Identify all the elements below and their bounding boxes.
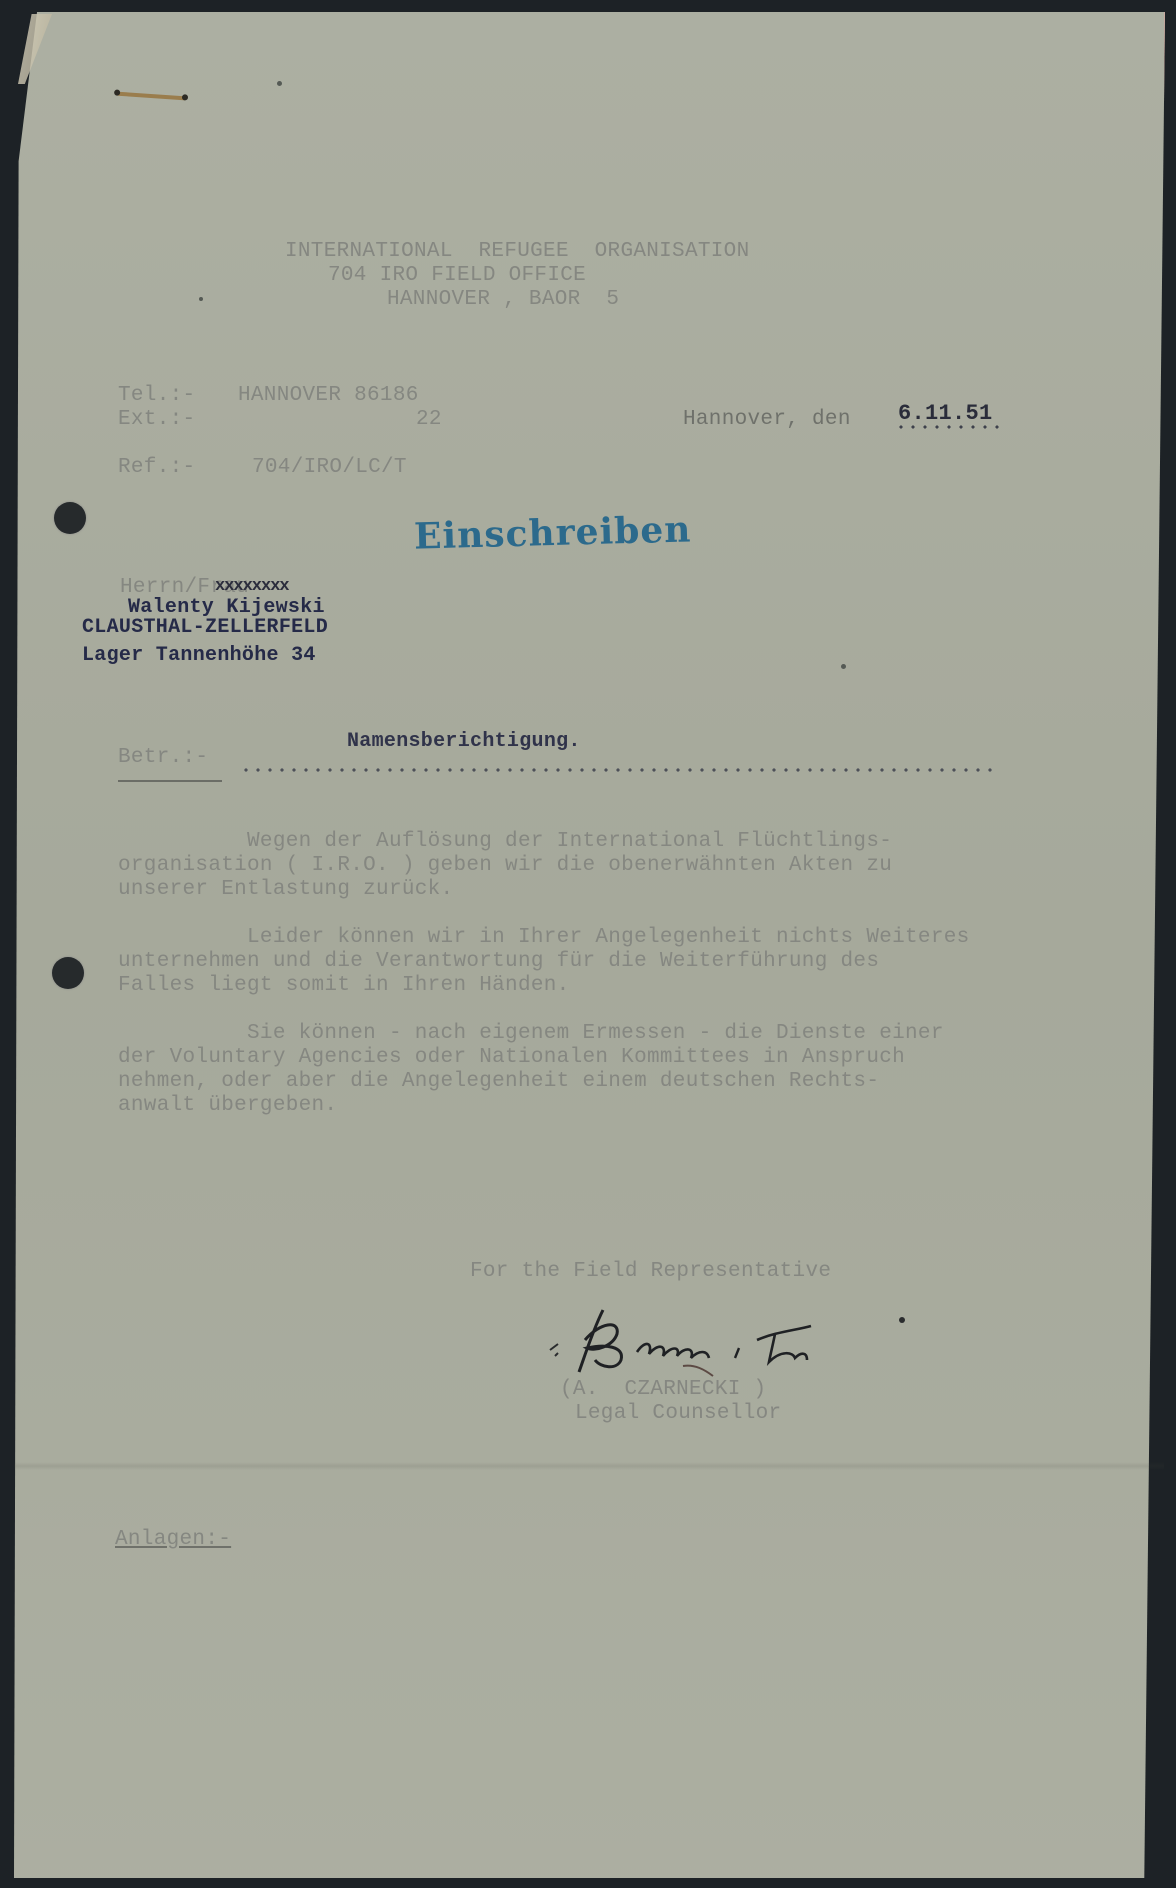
body-paragraph-2-line-1: Leider können wir in Ihrer Angelegenheit…	[118, 926, 970, 950]
body-paragraph-1-line-2: organisation ( I.R.O. ) geben wir die ob…	[118, 854, 892, 878]
punch-hole-icon	[52, 957, 84, 989]
tel-label: Tel.:-	[118, 384, 195, 408]
ref-label: Ref.:-	[118, 456, 195, 480]
recipient-street: Lager Tannenhöhe 34	[82, 644, 316, 668]
subject-dotted-line	[240, 768, 1000, 772]
ink-speck	[841, 664, 846, 669]
registered-mail-stamp: Einschreiben	[413, 508, 691, 557]
ref-value: 704/IRO/LC/T	[252, 456, 407, 480]
punch-hole-icon	[54, 502, 86, 534]
paper-fold	[14, 1462, 1164, 1470]
recipient-city: CLAUSTHAL-ZELLERFELD	[82, 616, 328, 640]
body-paragraph-2-line-2: unternehmen und die Verantwortung für di…	[118, 950, 879, 974]
letterhead-location: HANNOVER , BAOR 5	[387, 288, 619, 312]
handwritten-signature-icon	[545, 1300, 925, 1380]
tel-value: HANNOVER 86186	[238, 384, 419, 408]
subject-label: Betr.:-	[118, 746, 208, 770]
date-place: Hannover, den	[683, 408, 851, 432]
signatory-title: Legal Counsellor	[575, 1402, 781, 1426]
date-dotted-line	[895, 425, 1005, 429]
body-paragraph-1-line-1: Wegen der Auflösung der International Fl…	[118, 830, 892, 854]
ink-speck	[277, 81, 282, 86]
body-paragraph-3-line-2: der Voluntary Agencies oder Nationalen K…	[118, 1046, 905, 1070]
letterhead-organisation: INTERNATIONAL REFUGEE ORGANISATION	[285, 240, 749, 264]
letterhead-office: 704 IRO FIELD OFFICE	[328, 264, 586, 288]
body-paragraph-2-line-3: Falles liegt somit in Ihren Händen.	[118, 974, 570, 998]
subject-label-underline	[118, 780, 222, 782]
signatory-name: (A. CZARNECKI )	[560, 1378, 766, 1402]
enclosures-label: Anlagen:-	[115, 1528, 231, 1552]
subject-value: Namensberichtigung.	[347, 730, 581, 754]
ext-label: Ext.:-	[118, 408, 195, 432]
recipient-struck-out: xxxxxxxx	[215, 577, 289, 596]
signature-on-behalf: For the Field Representative	[470, 1260, 831, 1284]
body-paragraph-1-line-3: unserer Entlastung zurück.	[118, 878, 453, 902]
ext-value: 22	[416, 408, 442, 432]
ink-speck	[199, 297, 203, 301]
body-paragraph-3-line-1: Sie können - nach eigenem Ermessen - die…	[118, 1022, 944, 1046]
body-paragraph-3-line-4: anwalt übergeben.	[118, 1094, 337, 1118]
body-paragraph-3-line-3: nehmen, oder aber die Angelegenheit eine…	[118, 1070, 879, 1094]
date-value: 6.11.51	[898, 402, 993, 426]
